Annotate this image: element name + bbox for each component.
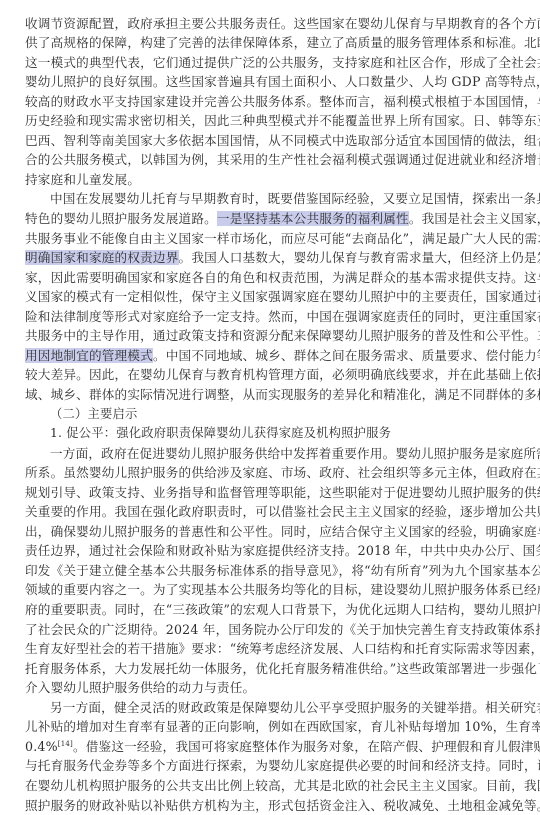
text-segment: 持家庭和儿童发展。 [25, 172, 140, 187]
text-segment: 府的重要职责。同时，在“三孩政策”的宏观人口背景下，为优化远期人口结构，婴幼儿照… [25, 602, 540, 617]
text-line: 领域的重要内容之一。为了实现基本公共服务均等化的目标，建设婴幼儿照护服务体系已经… [25, 580, 513, 600]
text-segment: 供了高规格的保障，构建了完善的法律保障体系，建立了高质量的服务管理体系和标准。北… [25, 35, 540, 50]
text-line: 合的公共服务模式，以韩国为例，其采用的生产性社会福利模式强调通过促进就业和经济增… [25, 150, 513, 170]
highlighted-text: 一是坚持基本公共服务的福利属性 [217, 211, 409, 226]
text-segment: 特色的婴幼儿照护服务发展道路。 [25, 211, 217, 226]
text-line: 险和法律制度等形式对家庭给予一定支持。然而，中国在强调家庭责任的同时，更注重国家… [25, 307, 513, 327]
text-segment: 险和法律制度等形式对家庭给予一定支持。然而，中国在强调家庭责任的同时，更注重国家… [25, 309, 540, 324]
text-segment: 领域的重要内容之一。为了实现基本公共服务均等化的目标，建设婴幼儿照护服务体系已经… [25, 582, 540, 597]
text-line: 了社会民众的广泛期待。2024 年，国务院办公厅印发的《关于加快完善生育支持政策… [25, 620, 513, 640]
text-line: 中国在发展婴幼儿托育与早期教育时，既要借鉴国际经验，又要立足国情，探索出一条具有… [50, 189, 513, 209]
text-line: 府的重要职责。同时，在“三孩政策”的宏观人口背景下，为优化远期人口结构，婴幼儿照… [25, 600, 513, 620]
text-segment: 较高的财政水平支持国家建设并完善公共服务体系。整体而言，福利模式根植于本国国情，… [25, 94, 540, 109]
text-segment: 了社会民众的广泛期待。2024 年，国务院办公厅印发的《关于加快完善生育支持政策… [25, 622, 540, 637]
text-segment: 规划引导、政策支持、业务指导和监督管理等职能，这些职能对于促进婴幼儿照护服务的供… [25, 485, 540, 500]
text-line: 婴幼儿照护的良好氛围。这些国家普遍具有国土面积小、人口数量少、人均 GDP 高等… [25, 72, 513, 92]
text-line: 共服务中的主导作用，通过政策支持和资源分配来保障婴幼儿照护服务的普及性和公平性。… [25, 326, 513, 346]
text-segment: 共服务中的主导作用，通过政策支持和资源分配来保障婴幼儿照护服务的普及性和公平性。… [25, 328, 540, 343]
text-segment: 生育友好型社会的若干措施》要求：“统筹考虑经济发展、人口结构和托育实际需求等因素… [25, 641, 540, 656]
text-segment: 这一模式的典型代表，它们通过提供广泛的公共服务，支持家庭和社区合作，形成了全社会… [25, 55, 540, 70]
text-line: 生育友好型社会的若干措施》要求：“统筹考虑经济发展、人口结构和托育实际需求等因素… [25, 639, 513, 659]
text-segment: 家，因此需要明确国家和家庭各自的角色和权责范围，为满足群众的基本需求提供支持。这… [25, 270, 540, 285]
text-segment: 巴西、智利等南美国家大多依据本国国情，从不同模式中选取部分适宜本国国情的做法，组… [25, 133, 540, 148]
text-line: 托育服务体系，大力发展托幼一体服务，优化托育服务精准供给。”这些政策部署进一步强… [25, 659, 513, 679]
text-line: 较大差异。因此，在婴幼儿保育与教育机构管理方面，必须明确底线要求，并在此基础上依… [25, 365, 513, 385]
text-line: 供了高规格的保障，构建了完善的法律保障体系，建立了高质量的服务管理体系和标准。北… [25, 33, 513, 53]
text-line: 所系。虽然婴幼儿照护服务的供给涉及家庭、市场、政府、社会组织等多元主体，但政府在… [25, 463, 513, 483]
text-line: 规划引导、政策支持、业务指导和监督管理等职能，这些职能对于促进婴幼儿照护服务的供… [25, 483, 513, 503]
text-line: 收调节资源配置，政府承担主要公共服务责任。这些国家在婴幼儿保育与早期教育的各个方… [25, 14, 513, 34]
text-segment: 收调节资源配置，政府承担主要公共服务责任。这些国家在婴幼儿保育与早期教育的各个方… [25, 16, 540, 31]
text-line: 明确国家和家庭的权责边界。我国人口基数大，婴幼儿保育与教育需求量大，但经济上仍是… [25, 248, 513, 268]
highlighted-text: 用因地制宜的管理模式 [25, 348, 153, 363]
text-segment: 印发《关于建立健全基本公共服务标准体系的指导意见》，将“幼有所育”列为九个国家基… [25, 563, 540, 578]
section-heading-line: 1. 促公平：强化政府职责保障婴幼儿获得家庭及机构照护服务 [50, 424, 513, 444]
text-segment: （二）主要启示 [50, 407, 137, 421]
text-segment: 一方面，政府在促进婴幼儿照护服务供给中发挥着重要作用。婴幼儿照护服务是家庭所需、… [50, 446, 540, 461]
highlighted-text: 明确国家和家庭的权责边界 [25, 250, 179, 265]
text-line: 一方面，政府在促进婴幼儿照护服务供给中发挥着重要作用。婴幼儿照护服务是家庭所需、… [50, 444, 513, 464]
section-heading-line: （二）主要启示 [50, 405, 513, 425]
text-line: 责任边界，通过社会保险和财政补贴为家庭提供经济支持。2018 年，中共中央办公厅… [25, 541, 513, 561]
text-segment: 。中国不同地域、城乡、群体之间在服务需求、质量要求、偿付能力等方面存在 [153, 348, 540, 363]
text-segment: 共服务事业不能像自由主义国家一样市场化，而应尽可能“去商品化”，满足最广大人民的… [25, 231, 540, 246]
text-line: 义国家的模式有一定相似性，保守主义国家强调家庭在婴幼儿照护中的主要责任，国家通过… [25, 287, 513, 307]
text-segment: 。我国是社会主义国家，基本公 [409, 211, 540, 226]
text-line: 家，因此需要明确国家和家庭各自的角色和权责范围，为满足群众的基本需求提供支持。这… [25, 268, 513, 288]
text-segment: 历史经验和现实需求密切相关，因此三种典型模式并不能覆盖世界上所有国家。日、韩等东… [25, 113, 540, 128]
text-segment: 关重要的作用。我国在强化政府职责时，可以借鉴社会民主主义国家的经验，逐步增加公共… [25, 504, 540, 519]
text-line: 持家庭和儿童发展。 [25, 170, 513, 190]
text-line: 印发《关于建立健全基本公共服务标准体系的指导意见》，将“幼有所育”列为九个国家基… [25, 561, 513, 581]
text-segment: 所系。虽然婴幼儿照护服务的供给涉及家庭、市场、政府、社会组织等多元主体，但政府在… [25, 465, 540, 480]
text-segment: 介入婴幼儿照护服务供给的动力与责任。 [25, 680, 255, 695]
text-segment: 托育服务体系，大力发展托幼一体服务，优化托育服务精准供给。”这些政策部署进一步强… [25, 661, 540, 676]
text-line: 关重要的作用。我国在强化政府职责时，可以借鉴社会民主主义国家的经验，逐步增加公共… [25, 502, 513, 522]
text-line: 特色的婴幼儿照护服务发展道路。一是坚持基本公共服务的福利属性。我国是社会主义国家… [25, 209, 513, 229]
text-line: 这一模式的典型代表，它们通过提供广泛的公共服务，支持家庭和社区合作，形成了全社会… [25, 53, 513, 73]
text-segment: 合的公共服务模式，以韩国为例，其采用的生产性社会福利模式强调通过促进就业和经济增… [25, 152, 540, 167]
text-segment: 域、城乡、群体的实际情况进行调整，从而实现服务的差异化和精准化，满足不同群体的多… [25, 387, 540, 402]
text-segment: 出，确保婴幼儿照护服务的普惠性和公平性。同时，应结合保守主义国家的经验，明确家庭… [25, 524, 540, 539]
text-segment: 义国家的模式有一定相似性，保守主义国家强调家庭在婴幼儿照护中的主要责任，国家通过… [25, 289, 540, 304]
text-line: 用因地制宜的管理模式。中国不同地域、城乡、群体之间在服务需求、质量要求、偿付能力… [25, 346, 513, 366]
text-line: 较高的财政水平支持国家建设并完善公共服务体系。整体而言，福利模式根植于本国国情，… [25, 92, 513, 112]
text-line: 域、城乡、群体的实际情况进行调整，从而实现服务的差异化和精准化，满足不同群体的多… [25, 385, 513, 405]
text-line: 出，确保婴幼儿照护服务的普惠性和公平性。同时，应结合保守主义国家的经验，明确家庭… [25, 522, 513, 542]
text-line: 介入婴幼儿照护服务供给的动力与责任。 [25, 678, 513, 698]
text-line: 共服务事业不能像自由主义国家一样市场化，而应尽可能“去商品化”，满足最广大人民的… [25, 229, 513, 249]
text-line: 巴西、智利等南美国家大多依据本国国情，从不同模式中选取部分适宜本国国情的做法，组… [25, 131, 513, 151]
text-segment: 中国在发展婴幼儿托育与早期教育时，既要借鉴国际经验，又要立足国情，探索出一条具有… [50, 191, 540, 206]
text-segment: 1. 促公平：强化政府职责保障婴幼儿获得家庭及机构照护服务 [50, 426, 391, 440]
text-segment: 婴幼儿照护的良好氛围。这些国家普遍具有国土面积小、人口数量少、人均 GDP 高等… [25, 74, 540, 89]
text-segment: 责任边界，通过社会保险和财政补贴为家庭提供经济支持。2018 年，中共中央办公厅… [25, 543, 540, 558]
text-segment: 较大差异。因此，在婴幼儿保育与教育机构管理方面，必须明确底线要求，并在此基础上依… [25, 367, 540, 382]
text-segment: 。我国人口基数大，婴幼儿保育与教育需求量大，但经济上仍是发展中国 [179, 250, 540, 265]
document-page: 收调节资源配置，政府承担主要公共服务责任。这些国家在婴幼儿保育与早期教育的各个方… [0, 0, 540, 699]
text-line: 历史经验和现实需求密切相关，因此三种典型模式并不能覆盖世界上所有国家。日、韩等东… [25, 111, 513, 131]
